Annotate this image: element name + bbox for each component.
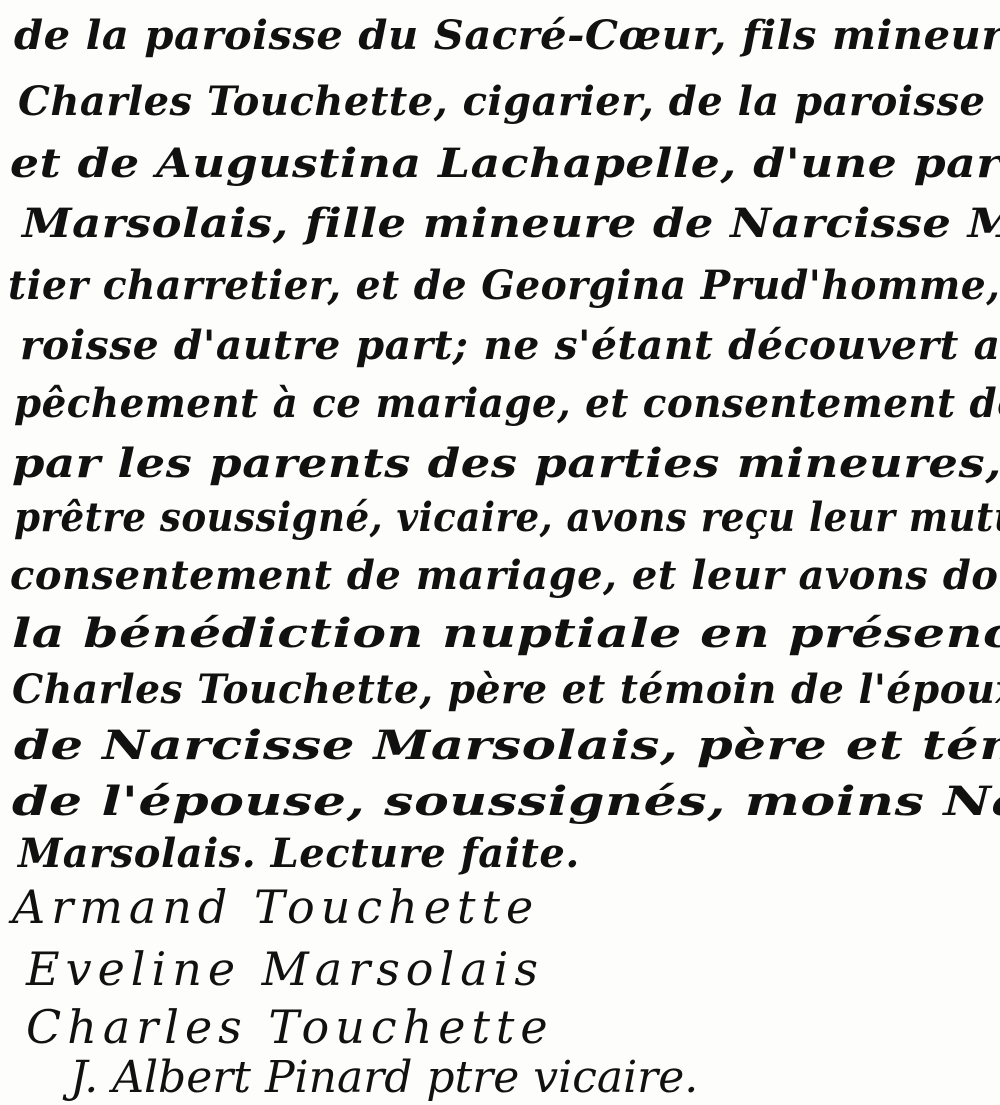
signature-priest: J. Albert Pinard ptre vicaire. — [70, 1052, 698, 1103]
record-line-6: roisse d'autre part; ne s'étant découver… — [20, 322, 1000, 369]
record-line-13: de Narcisse Marsolais, père et témoin — [14, 722, 1000, 769]
signature-groom: Armand Touchette — [12, 880, 539, 934]
record-line-12: Charles Touchette, père et témoin de l'é… — [12, 666, 1000, 713]
record-line-7: pêchement à ce mariage, et consentement … — [14, 380, 1000, 427]
record-line-2: Charles Touchette, cigarier, de la paroi… — [18, 78, 1000, 125]
record-line-9: prêtre soussigné, vicaire, avons reçu le… — [14, 494, 1000, 541]
record-line-1: de la paroisse du Sacré-Cœur, fils mineu… — [14, 12, 1000, 59]
document-page: de la paroisse du Sacré-Cœur, fils mineu… — [0, 0, 1000, 1105]
record-line-4: Marsolais, fille mineure de Narcisse Mar… — [22, 200, 1000, 247]
record-line-15: Marsolais. Lecture faite. — [18, 830, 580, 877]
record-line-10: consentement de mariage, et leur avons d… — [10, 552, 1000, 599]
record-line-3: et de Augustina Lachapelle, d'une part; … — [10, 140, 1000, 187]
record-line-5: tier charretier, et de Georgina Prud'hom… — [8, 262, 1000, 309]
record-line-14: de l'épouse, soussignés, moins Narcisse — [12, 778, 1000, 825]
record-line-11: la bénédiction nuptiale en présence de — [12, 610, 1000, 657]
signature-bride: Eveline Marsolais — [26, 942, 544, 996]
record-line-8: par les parents des parties mineures, no… — [12, 440, 1000, 487]
signature-groom-father: Charles Touchette — [26, 1000, 554, 1054]
